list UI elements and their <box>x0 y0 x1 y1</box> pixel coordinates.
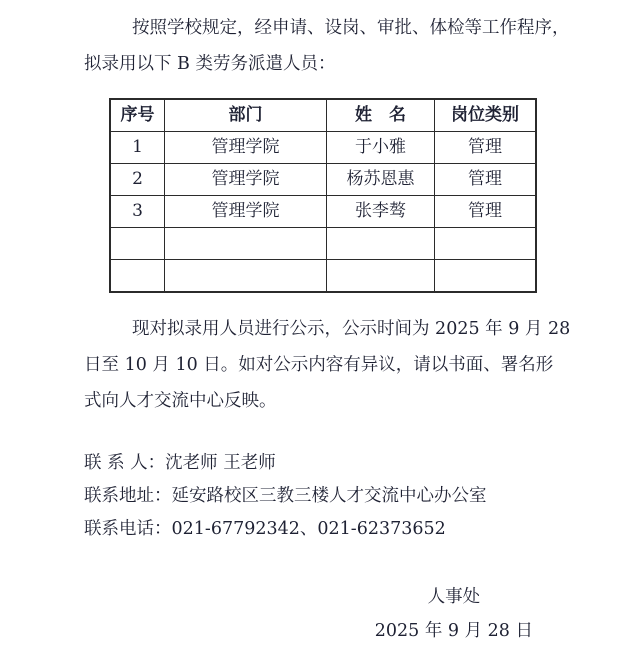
signature-department: 人事处 <box>375 580 533 614</box>
cell-category: 管理 <box>435 164 537 196</box>
header-serial-number: 序号 <box>110 99 165 132</box>
publicity-line-1: 现对拟录用人员进行公示，公示时间为 2025 年 9 月 28 <box>84 311 545 347</box>
table-row: 3 管理学院 张李骜 管理 <box>110 196 536 228</box>
cell-name: 张李骜 <box>327 196 435 228</box>
signature-block: 人事处 2025 年 9 月 28 日 <box>375 580 533 648</box>
table-header-row: 序号 部门 姓 名 岗位类别 <box>110 99 536 132</box>
cell-department <box>165 260 327 293</box>
cell-category <box>435 228 537 260</box>
contact-phone-line: 联系电话：021-67792342、021-62373652 <box>84 513 545 546</box>
cell-category: 管理 <box>435 132 537 164</box>
contact-block: 联 系 人：沈老师 王老师 联系地址：延安路校区三教三楼人才交流中心办公室 联系… <box>84 447 545 546</box>
cell-name <box>327 228 435 260</box>
contact-person-line: 联 系 人：沈老师 王老师 <box>84 447 545 480</box>
cell-serial: 2 <box>110 164 165 196</box>
intro-line-1: 按照学校规定，经申请、设岗、审批、体检等工作程序， <box>84 10 545 46</box>
recruitment-table: 序号 部门 姓 名 岗位类别 1 管理学院 于小雅 管理 2 管理学院 杨苏恩惠… <box>109 98 537 293</box>
cell-department: 管理学院 <box>165 164 327 196</box>
header-name: 姓 名 <box>327 99 435 132</box>
signature-date: 2025 年 9 月 28 日 <box>375 614 533 648</box>
intro-paragraph: 按照学校规定，经申请、设岗、审批、体检等工作程序， 拟录用以下 B 类劳务派遣人… <box>84 10 545 82</box>
cell-serial <box>110 228 165 260</box>
publicity-paragraph: 现对拟录用人员进行公示，公示时间为 2025 年 9 月 28 日至 10 月 … <box>84 311 545 419</box>
cell-department <box>165 228 327 260</box>
document-page: 按照学校规定，经申请、设岗、审批、体检等工作程序， 拟录用以下 B 类劳务派遣人… <box>0 0 639 657</box>
cell-department: 管理学院 <box>165 196 327 228</box>
header-job-category: 岗位类别 <box>435 99 537 132</box>
cell-category: 管理 <box>435 196 537 228</box>
publicity-line-2: 日至 10 月 10 日。如对公示内容有异议，请以书面、署名形 <box>84 347 545 383</box>
cell-department: 管理学院 <box>165 132 327 164</box>
cell-name: 于小雅 <box>327 132 435 164</box>
cell-serial: 1 <box>110 132 165 164</box>
cell-name: 杨苏恩惠 <box>327 164 435 196</box>
table-row: 2 管理学院 杨苏恩惠 管理 <box>110 164 536 196</box>
table-row-empty <box>110 260 536 293</box>
header-department: 部门 <box>165 99 327 132</box>
intro-line-2: 拟录用以下 B 类劳务派遣人员： <box>84 46 545 82</box>
cell-category <box>435 260 537 293</box>
publicity-line-3: 式向人才交流中心反映。 <box>84 383 545 419</box>
cell-serial: 3 <box>110 196 165 228</box>
cell-name <box>327 260 435 293</box>
table-row-empty <box>110 228 536 260</box>
contact-address-line: 联系地址：延安路校区三教三楼人才交流中心办公室 <box>84 480 545 513</box>
cell-serial <box>110 260 165 293</box>
table-row: 1 管理学院 于小雅 管理 <box>110 132 536 164</box>
